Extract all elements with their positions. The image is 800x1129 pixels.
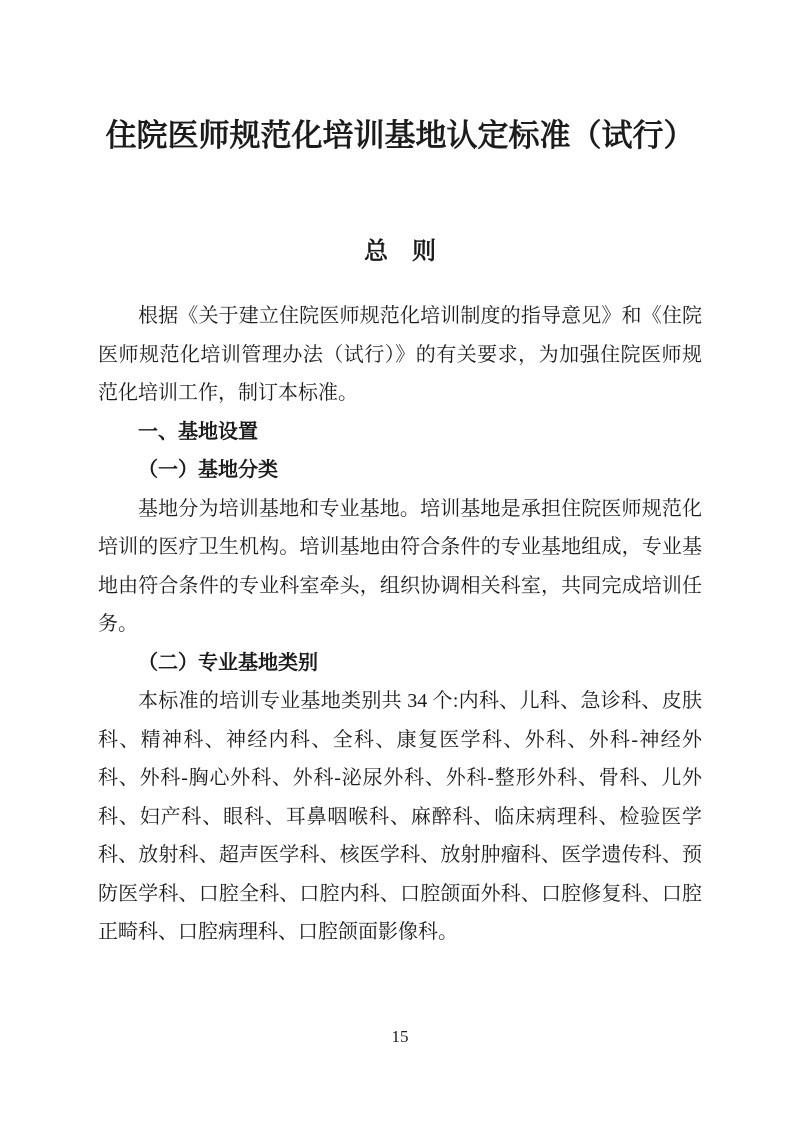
subsection-heading-base-classification: （一）基地分类 [98,451,702,490]
document-body: 根据《关于建立住院医师规范化培训制度的指导意见》和《住院医师规范化培训管理办法（… [98,297,702,952]
chapter-heading: 总 则 [0,237,800,267]
base-classification-paragraph: 基地分为培训基地和专业基地。培训基地是承担住院医师规范化培训的医疗卫生机构。培训… [98,490,702,644]
page-number: 15 [0,1026,800,1048]
specialty-base-categories-paragraph: 本标准的培训专业基地类别共 34 个:内科、儿科、急诊科、皮肤科、精神科、神经内… [98,682,702,952]
subsection-heading-specialty-base-categories: （二）专业基地类别 [98,644,702,683]
section-heading-base-setup: 一、基地设置 [98,413,702,452]
intro-paragraph: 根据《关于建立住院医师规范化培训制度的指导意见》和《住院医师规范化培训管理办法（… [98,297,702,413]
document-page: 住院医师规范化培训基地认定标准（试行） 总 则 根据《关于建立住院医师规范化培训… [0,0,800,1129]
document-title: 住院医师规范化培训基地认定标准（试行） [0,112,800,160]
